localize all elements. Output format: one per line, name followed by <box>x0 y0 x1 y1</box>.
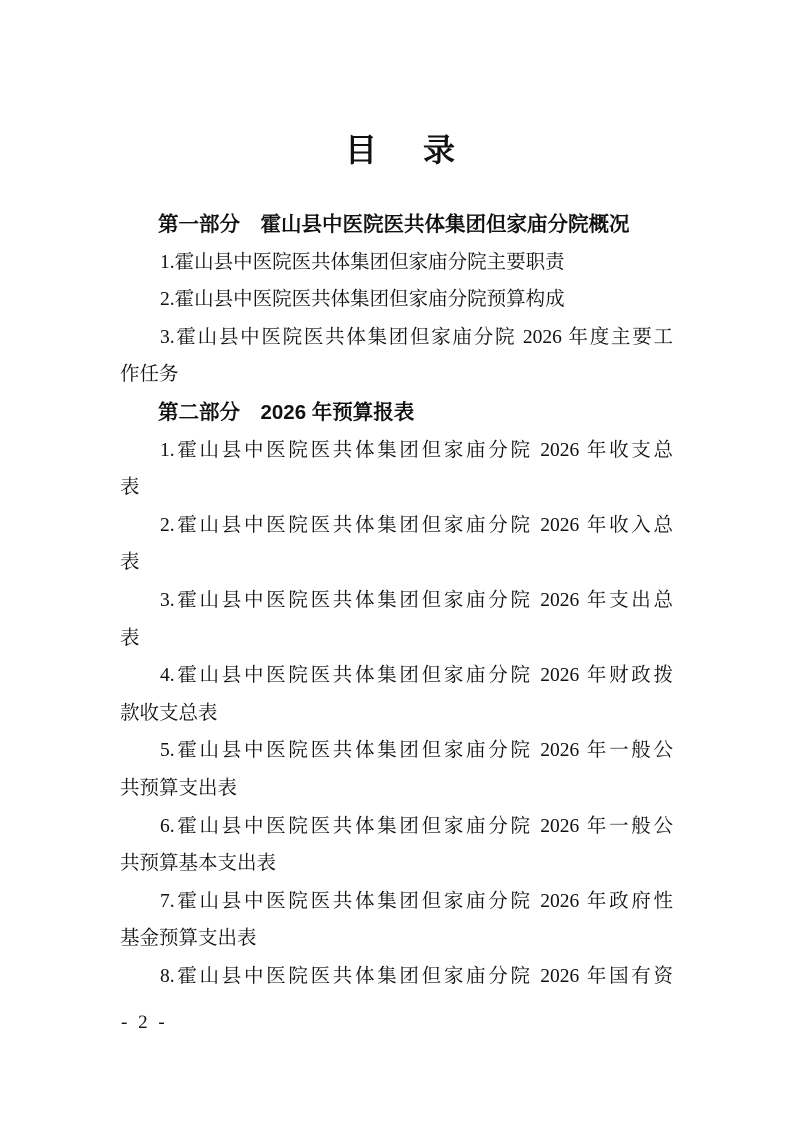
toc-entry-continuation: 作任务 <box>120 356 673 394</box>
toc-section-heading-2: 第二部分 2026 年预算报表 <box>120 394 673 432</box>
toc-entry: 3.霍山县中医院医共体集团但家庙分院 2026 年支出总 <box>120 582 673 620</box>
toc-entry: 1.霍山县中医院医共体集团但家庙分院主要职责 <box>120 244 673 282</box>
toc-entry: 4.霍山县中医院医共体集团但家庙分院 2026 年财政拨 <box>120 657 673 695</box>
toc-entry: 3.霍山县中医院医共体集团但家庙分院 2026 年度主要工 <box>120 319 673 357</box>
toc-entry-continuation: 表 <box>120 544 673 582</box>
toc-entry-continuation: 表 <box>120 620 673 658</box>
toc-entry-continuation: 共预算支出表 <box>120 770 673 808</box>
page-number: - 2 - <box>121 1008 168 1038</box>
toc-entry-continuation: 基金预算支出表 <box>120 920 673 958</box>
toc-entry-continuation: 共预算基本支出表 <box>120 845 673 883</box>
document-page: 目 录 第一部分 霍山县中医院医共体集团但家庙分院概况 1.霍山县中医院医共体集… <box>0 0 793 1122</box>
toc-entry: 1.霍山县中医院医共体集团但家庙分院 2026 年收支总 <box>120 432 673 470</box>
toc-entry-continuation: 款收支总表 <box>120 695 673 733</box>
page-title: 目 录 <box>0 128 793 172</box>
toc-entry: 8.霍山县中医院医共体集团但家庙分院 2026 年国有资 <box>120 958 673 996</box>
toc-entry: 6.霍山县中医院医共体集团但家庙分院 2026 年一般公 <box>120 808 673 846</box>
toc-section-heading-1: 第一部分 霍山县中医院医共体集团但家庙分院概况 <box>120 206 673 244</box>
toc-entry: 2.霍山县中医院医共体集团但家庙分院预算构成 <box>120 281 673 319</box>
toc-entry: 7.霍山县中医院医共体集团但家庙分院 2026 年政府性 <box>120 883 673 921</box>
toc-entry-continuation: 表 <box>120 469 673 507</box>
toc-entry: 5.霍山县中医院医共体集团但家庙分院 2026 年一般公 <box>120 732 673 770</box>
toc-entry: 2.霍山县中医院医共体集团但家庙分院 2026 年收入总 <box>120 507 673 545</box>
table-of-contents: 第一部分 霍山县中医院医共体集团但家庙分院概况 1.霍山县中医院医共体集团但家庙… <box>120 206 673 995</box>
